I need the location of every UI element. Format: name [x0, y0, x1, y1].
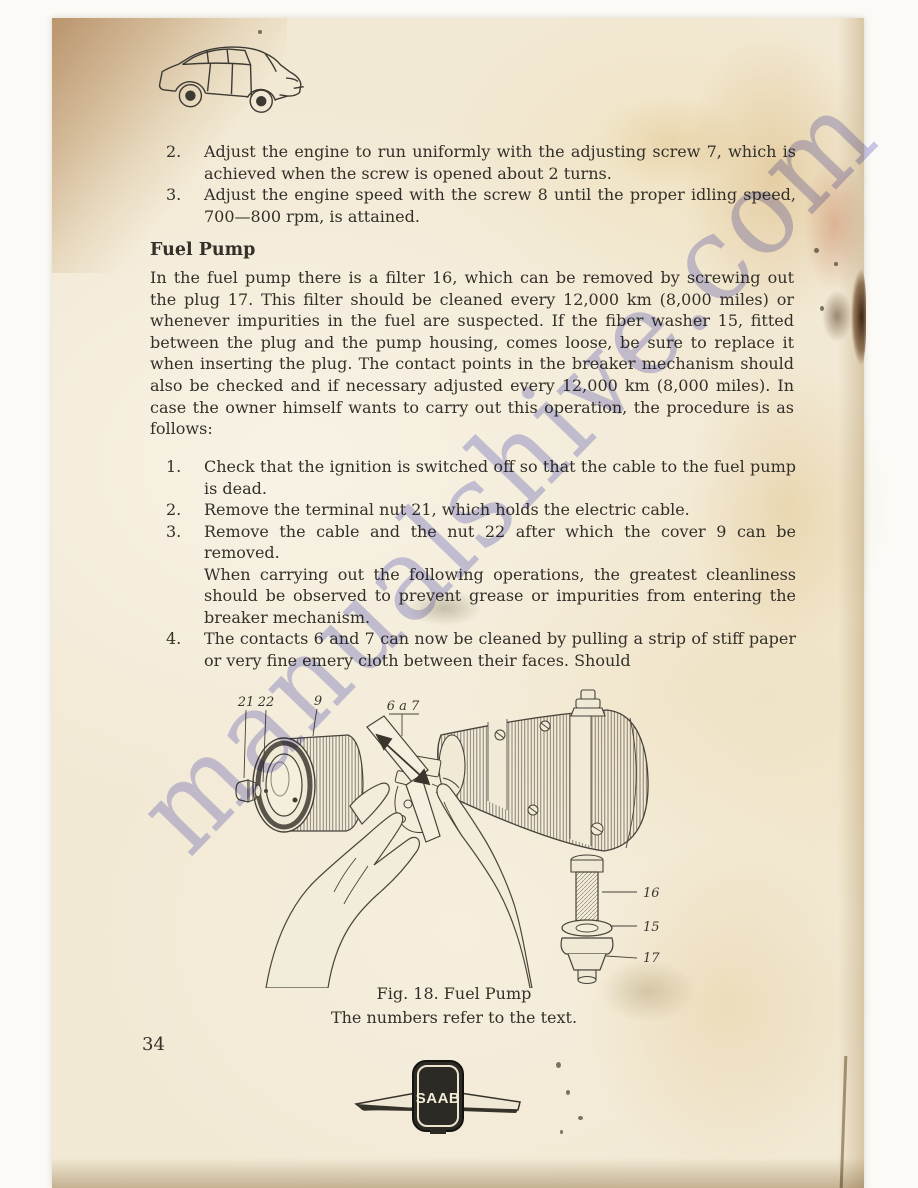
list-number: 4. — [166, 628, 204, 671]
ink-speckle — [258, 30, 262, 34]
section-heading: Fuel Pump — [150, 240, 255, 260]
ink-speckle — [578, 1116, 583, 1120]
burn-mark — [822, 290, 852, 342]
list-text: Adjust the engine speed with the screw 8… — [204, 184, 796, 227]
ink-speckle — [566, 1090, 570, 1095]
fuel-pump-figure: 21 22 9 6 a 7 16 15 17 — [200, 688, 720, 988]
paper-edge-shading — [838, 18, 864, 1188]
label-21: 21 — [237, 695, 255, 710]
saab-logo: SAAB — [352, 1058, 524, 1136]
list-item: 3. Adjust the engine speed with the scre… — [166, 184, 796, 227]
figure-caption-note: The numbers refer to the text. — [160, 1008, 748, 1027]
procedure-steps: 1. Check that the ignition is switched o… — [166, 456, 796, 671]
list-number: 1. — [166, 456, 204, 499]
figure-caption-title: Fig. 18. Fuel Pump — [160, 984, 748, 1003]
label-22: 22 — [257, 695, 275, 710]
logo-shield: SAAB — [413, 1061, 463, 1134]
paper-crease — [840, 1056, 848, 1188]
list-note: When carrying out the following operatio… — [204, 564, 796, 629]
list-item: 1. Check that the ignition is switched o… — [166, 456, 796, 499]
top-bolt — [571, 690, 605, 716]
paper-stain — [804, 158, 866, 293]
section-paragraph: In the fuel pump there is a filter 16, w… — [150, 267, 794, 440]
cover-part — [253, 735, 363, 832]
ink-speckle — [834, 262, 838, 266]
list-text: Remove the terminal nut 21, which holds … — [204, 499, 796, 521]
page-number: 34 — [142, 1034, 165, 1055]
list-text-group: Remove the cable and the nut 22 after wh… — [204, 521, 796, 629]
list-text: Adjust the engine to run uniformly with … — [204, 141, 796, 184]
label-6a7: 6 a 7 — [387, 699, 420, 714]
list-item: 2. Adjust the engine to run uniformly wi… — [166, 141, 796, 184]
list-text: The contacts 6 and 7 can now be cleaned … — [204, 628, 796, 671]
paper-sheet: 2. Adjust the engine to run uniformly wi… — [52, 18, 864, 1188]
list-number: 2. — [166, 141, 204, 184]
filter-assembly — [561, 855, 613, 984]
list-text: Check that the ignition is switched off … — [204, 456, 796, 499]
list-number: 2. — [166, 499, 204, 521]
paper-edge-shading — [52, 1158, 864, 1188]
label-17: 17 — [643, 951, 660, 966]
ink-speckle — [560, 1130, 563, 1134]
ink-speckle — [556, 1062, 561, 1068]
list-number: 3. — [166, 521, 204, 629]
list-item: 3. Remove the cable and the nut 22 after… — [166, 521, 796, 629]
list-item: 4. The contacts 6 and 7 can now be clean… — [166, 628, 796, 671]
label-15: 15 — [643, 920, 660, 935]
car-illustration — [148, 36, 308, 122]
ink-speckle — [814, 248, 819, 253]
label-9: 9 — [314, 694, 322, 709]
list-number: 3. — [166, 184, 204, 227]
intro-steps: 2. Adjust the engine to run uniformly wi… — [166, 141, 796, 227]
list-text: Remove the cable and the nut 22 after wh… — [204, 521, 796, 564]
logo-text: SAAB — [416, 1090, 461, 1107]
burn-mark — [844, 258, 866, 376]
ink-speckle — [820, 306, 824, 311]
list-item: 2. Remove the terminal nut 21, which hol… — [166, 499, 796, 521]
label-16: 16 — [643, 886, 660, 901]
scanned-manual-page: 2. Adjust the engine to run uniformly wi… — [0, 0, 918, 1188]
